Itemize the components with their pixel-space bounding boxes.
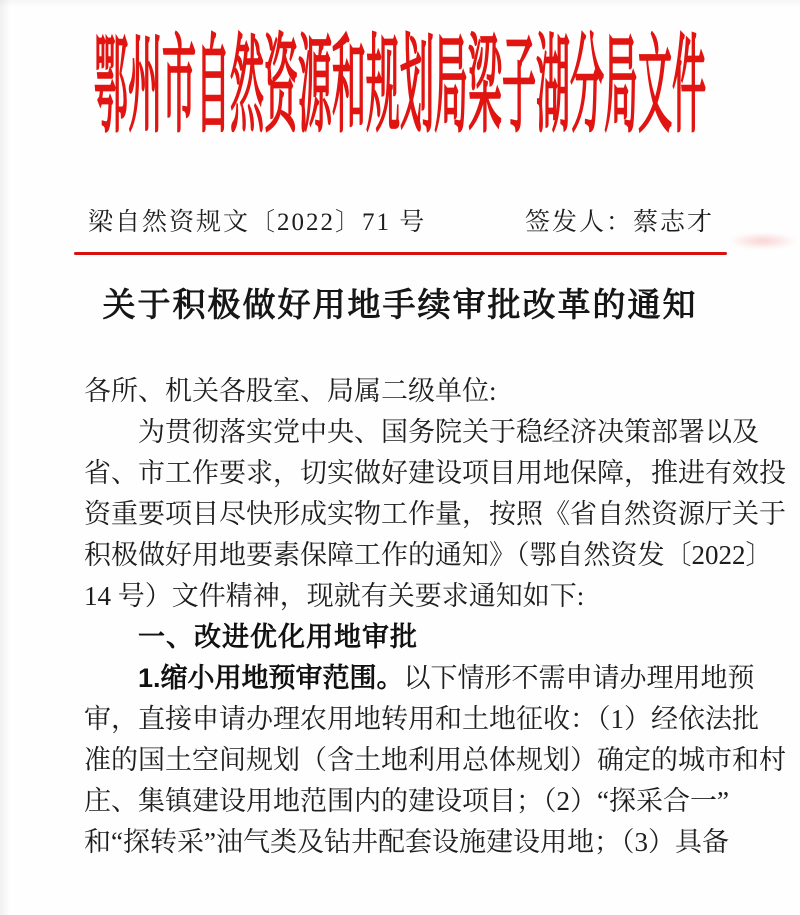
- issuer-label: 签发人：: [525, 209, 633, 236]
- scan-edge-shading-top: [0, 0, 800, 8]
- body-line: 庄、集镇建设用地范围内的建设项目；（2）“探采合一”: [84, 781, 719, 822]
- body-line: 14 号）文件精神，现就有关要求通知如下:: [84, 576, 719, 617]
- document-body: 各所、机关各股室、局属二级单位: 为贯彻落实党中央、国务院关于稳经济决策部署以及…: [84, 371, 719, 863]
- body-line: 和“探转采”油气类及钻井配套设施建设用地；（3）具备: [84, 822, 719, 863]
- scan-artifact-smudge: [728, 233, 798, 249]
- body-line: 积极做好用地要素保障工作的通知》（鄂自然资发〔2022〕: [84, 535, 719, 576]
- item-text: 以下情形不需申请办理用地预: [404, 663, 755, 693]
- issuer: 签发人：蔡志才: [525, 202, 714, 238]
- letterhead-org-title: 鄂州市自然资源和规划局梁子湖分局文件: [0, 37, 800, 144]
- body-line-item-start: 1.缩小用地预审范围。以下情形不需申请办理用地预: [84, 658, 719, 699]
- body-line: 省、市工作要求，切实做好建设项目用地保障，推进有效投: [84, 453, 719, 494]
- red-divider-rule: [74, 252, 727, 255]
- document-page: 鄂州市自然资源和规划局梁子湖分局文件 梁自然资规文〔2022〕71 号 签发人：…: [0, 0, 800, 915]
- body-line: 准的国土空间规划（含土地利用总体规划）确定的城市和村: [84, 740, 719, 781]
- salutation-line: 各所、机关各股室、局属二级单位:: [84, 371, 719, 412]
- body-line: 审，直接申请办理农用地转用和土地征收：（1）经依法批: [84, 699, 719, 740]
- doc-meta-row: 梁自然资规文〔2022〕71 号 签发人：蔡志才: [88, 202, 714, 238]
- document-title: 关于积极做好用地手续审批改革的通知: [0, 284, 800, 328]
- section-heading: 一、改进优化用地审批: [84, 617, 719, 658]
- issuer-name: 蔡志才: [633, 209, 714, 236]
- body-line: 资重要项目尽快形成实物工作量，按照《省自然资源厅关于: [84, 494, 719, 535]
- body-line: 为贯彻落实党中央、国务院关于稳经济决策部署以及: [84, 412, 719, 453]
- doc-number: 梁自然资规文〔2022〕71 号: [88, 202, 426, 238]
- item-number-lead: 1.缩小用地预审范围。: [138, 663, 404, 693]
